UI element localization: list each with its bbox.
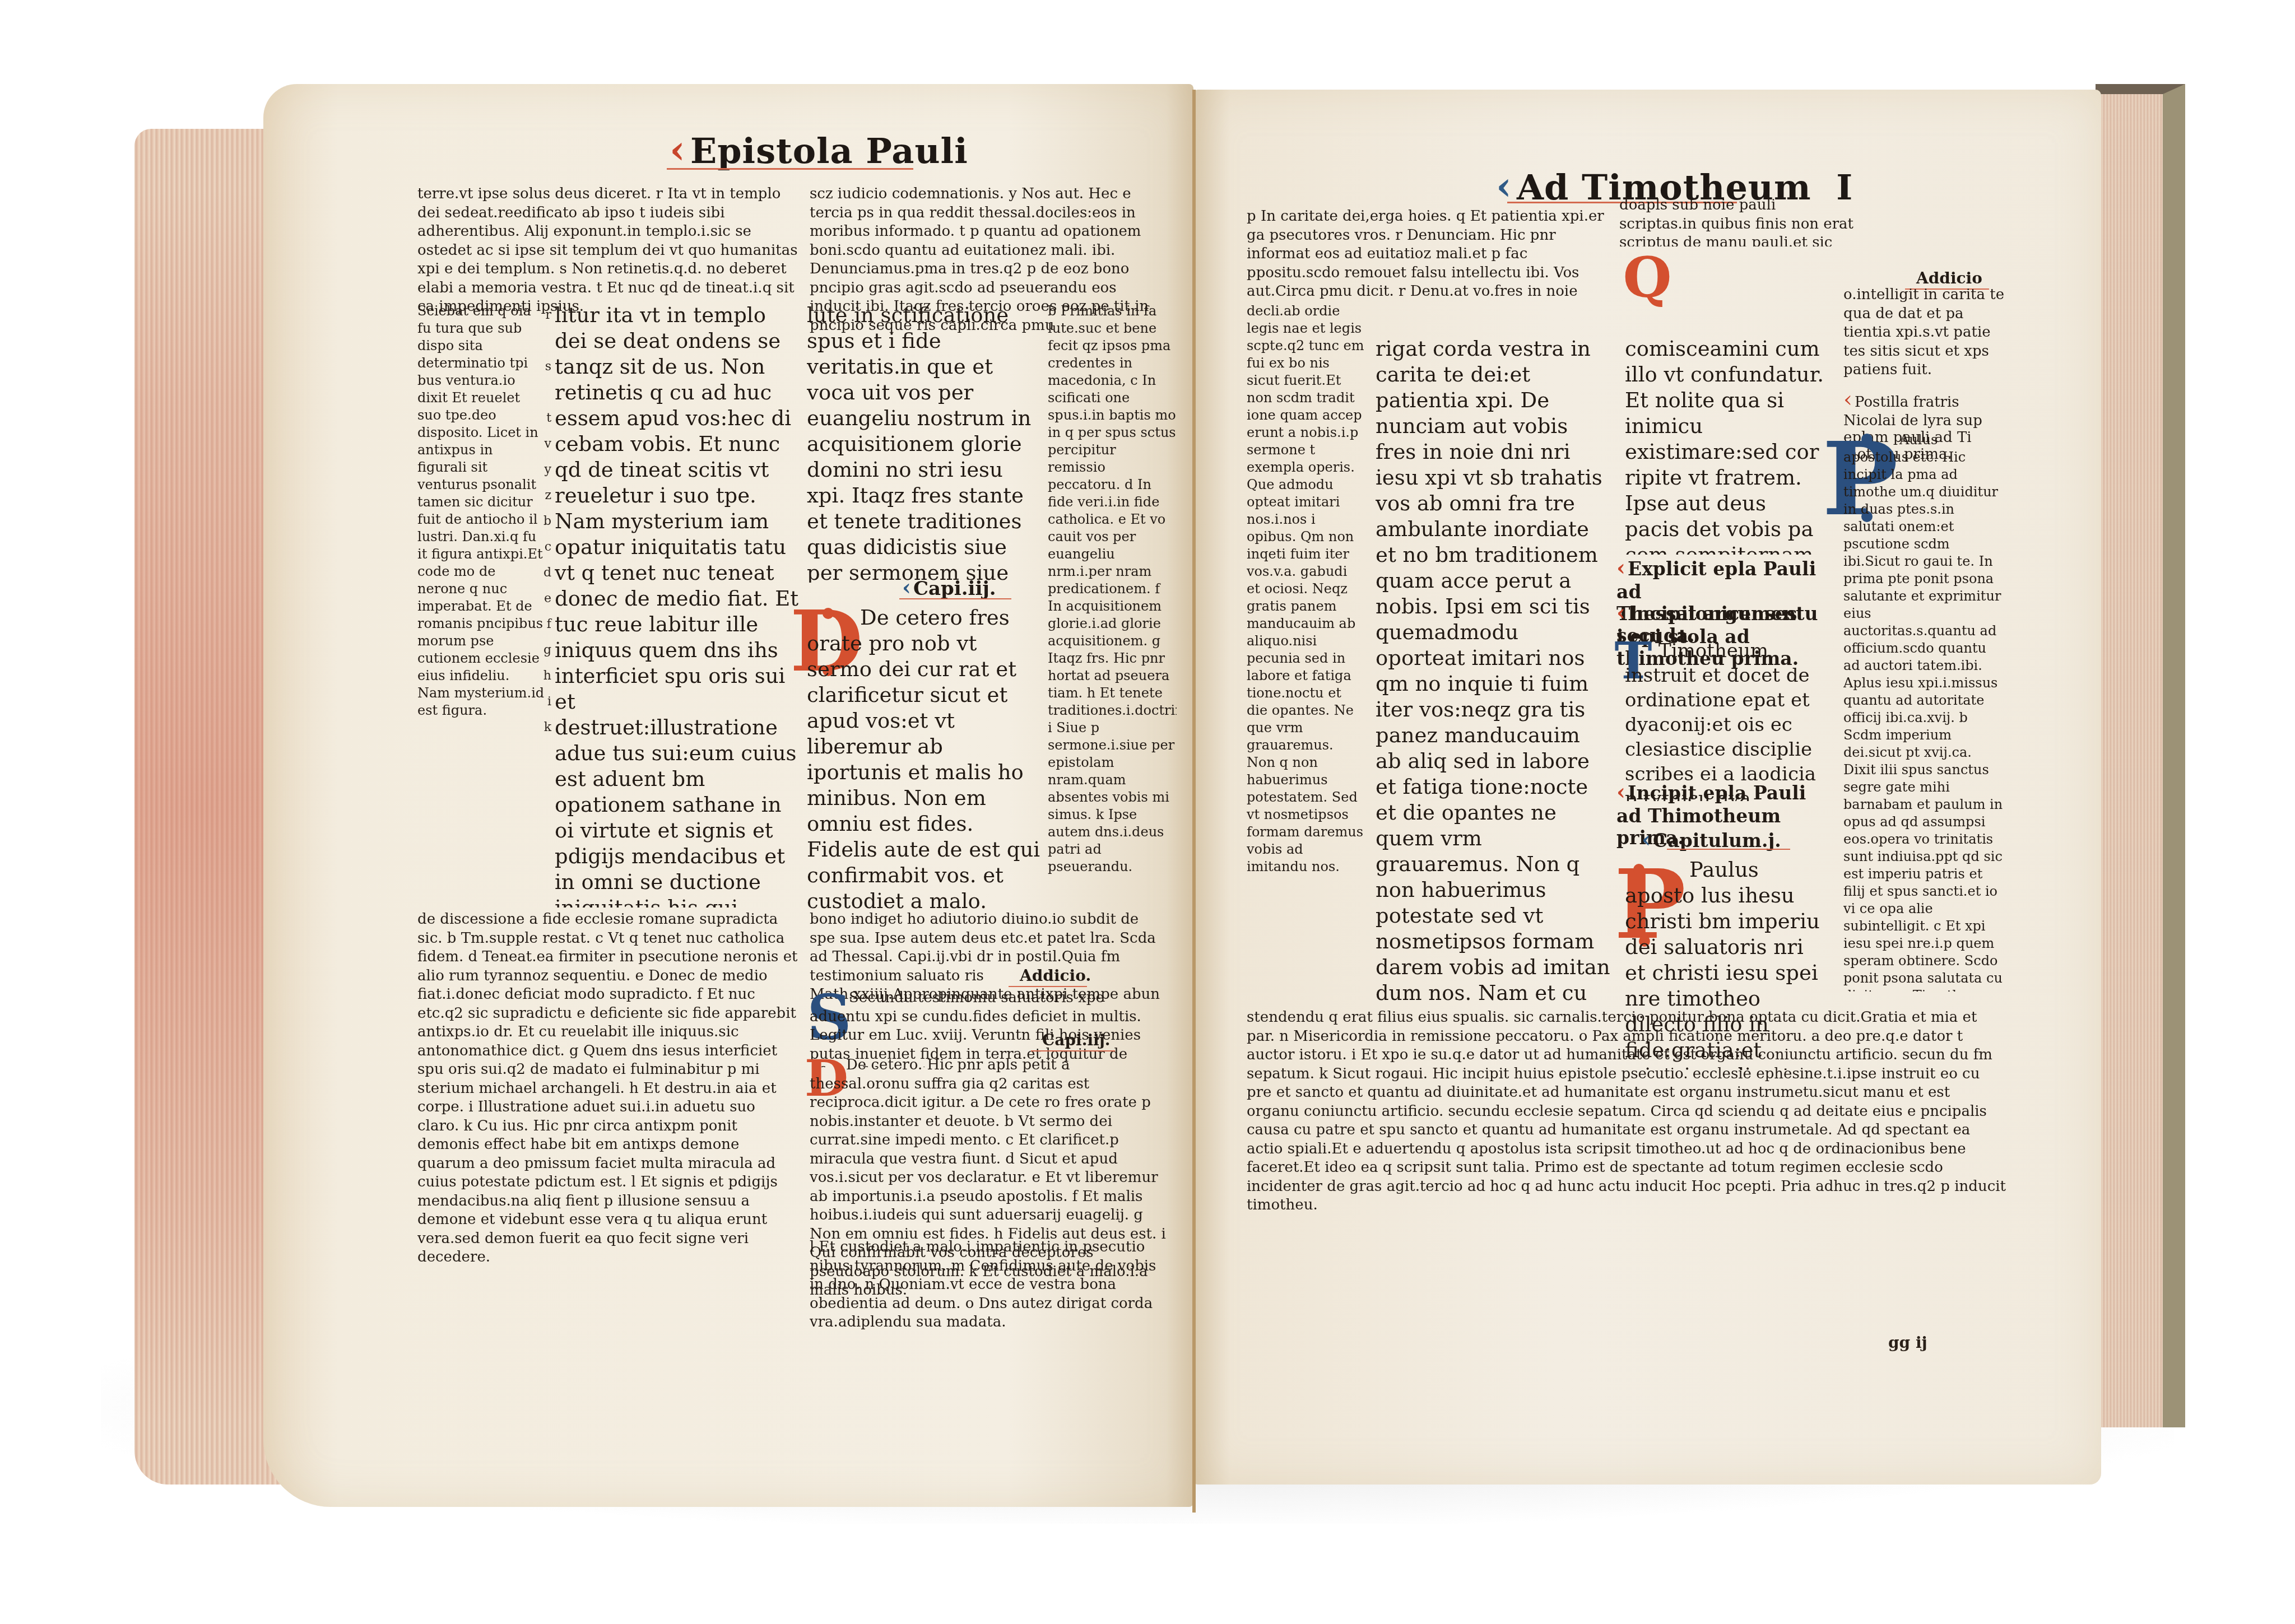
argumentum-text: Timotheum instruit et docet de ordinatio… — [1625, 639, 1827, 801]
rubric-pilcrow-icon: ‹ — [670, 126, 686, 173]
marginal-gloss-left: Sciebat em q oia fu tura que sub dispo s… — [417, 303, 546, 902]
rubric-pilcrow-icon: ‹ — [1616, 599, 1625, 626]
gloss-bottom-left: de discessione a fide ecclesie romane su… — [417, 910, 798, 1342]
addicio-rubric-right: Addicio — [1916, 269, 1982, 287]
main-text-column-2: lute in sctificatione spus et i fide ver… — [807, 303, 1042, 583]
left-running-head-text: Epistola Pauli — [690, 131, 968, 171]
chapter-mark-capi-iii: ‹Capi.iij. — [902, 574, 996, 601]
chapter-mark-capi-iii-2: Capi.iij. — [1042, 1031, 1111, 1049]
main-text-column-2-chapter-3: De cetero fres orate pro nob vt sermo de… — [807, 605, 1042, 919]
gloss-top-right-page: p In caritate dei,erga hoies. q Et patie… — [1247, 207, 1611, 303]
gloss-top-right-page-b: doapls sub noie pauli scriptas.in quibus… — [1619, 196, 1855, 246]
signature-mark: gg ij — [1888, 1333, 1927, 1352]
rubric-rule — [1031, 1050, 1115, 1051]
gloss-secundum-testimonium: Secundu testimoniu saluatoris xpe aduent… — [810, 989, 1168, 1067]
main-text-column-1: litur ita vt in templo dei se deat onden… — [555, 303, 801, 908]
chapter-mark-text: Capi.iij. — [913, 578, 996, 600]
gloss-far-right: o.intelligit in carita te qua de dat et … — [1843, 286, 2006, 387]
illuminated-initial-q: Q — [1625, 246, 1670, 308]
addicio-rubric-left: Addicio. — [1020, 966, 1091, 985]
left-running-head: ‹Epistola Pauli — [670, 126, 968, 173]
right-page-block-edge — [2096, 84, 2185, 1427]
rubric-rule — [1009, 986, 1087, 987]
gloss-bottom-right-page: stendendu q erat filius eius spualis. si… — [1247, 1008, 2006, 1328]
rubric-pilcrow-icon: ‹ — [1616, 555, 1625, 581]
book-gutter — [1192, 90, 1196, 1513]
gloss-right-column: b Primitias in fa lute.suc et bene fecit… — [1048, 303, 1177, 908]
rubric-rule — [899, 598, 1011, 599]
gloss-reference-letters: r s t v y z b c d e f g h i k — [538, 303, 551, 741]
main-text-column-2-right-page: comisceamini cum illo vt confundatur. Et… — [1625, 336, 1827, 555]
gloss-bottom-final: l Et custodiet a malo.i.impatientic in p… — [810, 1238, 1168, 1339]
running-head-rule — [667, 168, 913, 170]
main-text-column-1-right-page: rigat corda vestra in carita te dei:et p… — [1376, 336, 1611, 1008]
rubric-pilcrow-icon: ‹ — [1843, 387, 1852, 412]
gloss-left-column-right-page: decli.ab ordie legis nae et legis scpte.… — [1247, 303, 1364, 975]
rubric-pilcrow-icon: ‹ — [902, 574, 911, 601]
gloss-postilla-column: Aulus apostolus etc. Hic incipit la pma … — [1843, 431, 2006, 992]
rubric-pilcrow-icon: ‹ — [1616, 779, 1625, 805]
